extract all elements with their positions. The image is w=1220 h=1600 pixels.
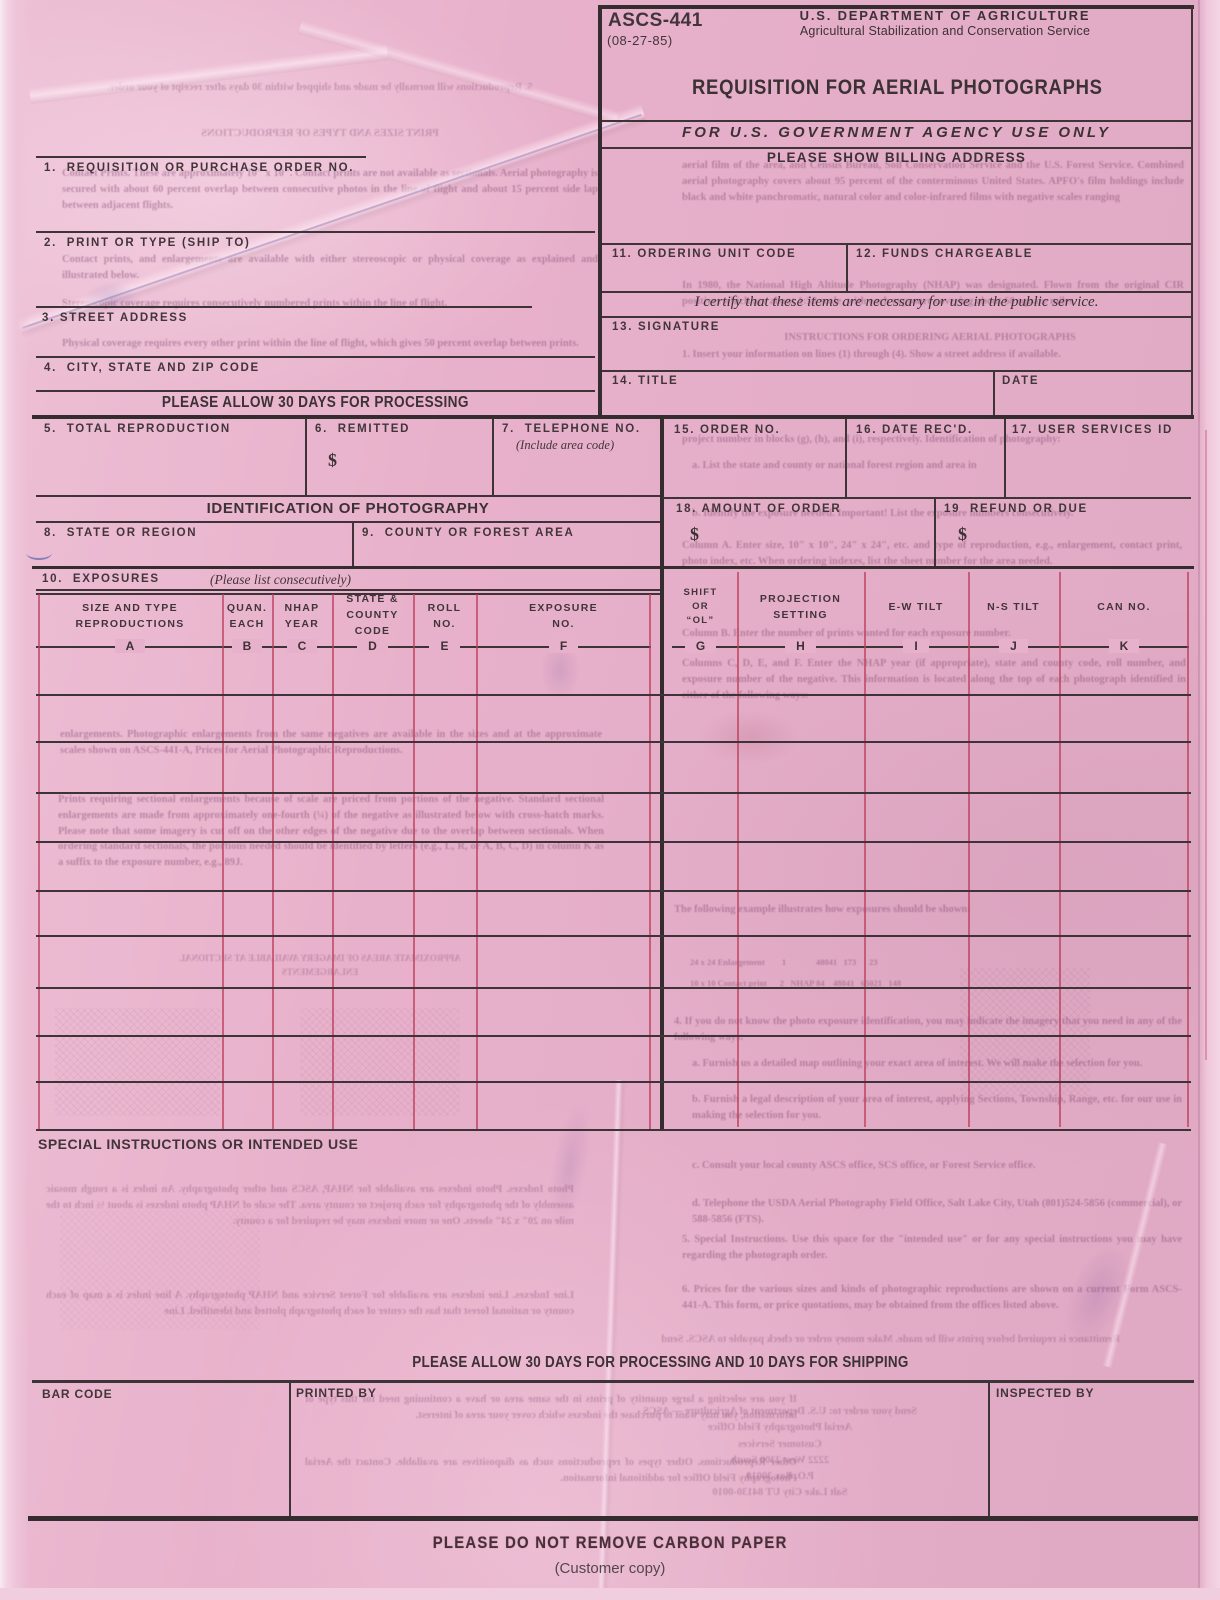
paper-stain [700, 710, 800, 765]
carbon-paper-warning: PLEASE DO NOT REMOVE CARBON PAPER [310, 1534, 910, 1553]
field-7-telephone: 7. TELEPHONE NO. [502, 423, 641, 435]
col-header-ew-tilt: E-W TILT [864, 582, 968, 634]
bleedthrough-text: 1. Insert your information on lines (1) … [682, 347, 1182, 363]
rule [36, 306, 532, 308]
bleedthrough-diagram [60, 1210, 260, 1330]
printed-by-box-label: PRINTED BY [296, 1386, 377, 1400]
table-red-line [222, 594, 224, 1130]
rule [602, 291, 1191, 293]
table-red-line [38, 594, 40, 1130]
bleedthrough-text: Send your order to: U.S. Department of A… [620, 1404, 940, 1502]
bleedthrough-text: Stereoscopic coverage requires consecuti… [62, 296, 598, 312]
divider-printed-inspected [988, 1380, 990, 1517]
bleedthrough-text: APPROXIMATE AREAS OF IMAGERY AVAILABLE A… [150, 952, 490, 979]
form-bottom-border [28, 1516, 1198, 1521]
field-18-amount-of-order: 18. AMOUNT OF ORDER [676, 503, 841, 515]
col-letter-j: J [968, 639, 1059, 653]
rule [602, 120, 1191, 122]
col-header-ns-tilt: N-S TILT [968, 582, 1059, 634]
box-border-left [598, 5, 602, 417]
special-instructions-heading: SPECIAL INSTRUCTIONS OR INTENDED USE [38, 1136, 358, 1152]
col-header-exposure-no: EXPOSURE NO. [476, 594, 651, 640]
bleedthrough-text: INSTRUCTIONS FOR ORDERING AERIAL PHOTOGR… [700, 330, 1160, 346]
copy-designation: (Customer copy) [310, 1560, 910, 1577]
center-divider [660, 415, 664, 1130]
bleedthrough-text: 5. Special Instructions. Use this space … [682, 1232, 1182, 1264]
bleedthrough-text: Physical coverage requires every other p… [62, 336, 598, 352]
col-header-can-no: CAN NO. [1059, 582, 1189, 634]
field-1-requisition-no: 1. REQUISITION OR PURCHASE ORDER NO. [44, 162, 354, 174]
bleedthrough-text: c. Consult your local county ASCS office… [692, 1158, 1182, 1174]
paper-crease [597, 1080, 627, 1590]
field-6-dollar-sign: $ [328, 450, 337, 471]
section-rule [32, 415, 1194, 419]
field-17-user-services-id: 17. USER SERVICES ID [1012, 424, 1173, 436]
col-header-nhap-year: NHAP YEAR [272, 594, 332, 640]
field-18-dollar-sign: $ [690, 524, 699, 545]
table-red-line [476, 594, 478, 1130]
rule [36, 521, 660, 523]
col-letter-i: I [864, 639, 968, 653]
field-4-city-state-zip: 4. CITY, STATE AND ZIP CODE [44, 362, 260, 374]
table-row-line [36, 1035, 1191, 1037]
table-row-line [36, 890, 1191, 892]
table-row-line [36, 987, 1191, 989]
identification-heading: IDENTIFICATION OF PHOTOGRAPHY [36, 500, 660, 517]
table-red-line [413, 594, 415, 1130]
col-letter-f: F [476, 639, 651, 653]
bleedthrough-text: 24 x 24 Enlargement 1 48041 173 23 [690, 956, 1180, 969]
rule [36, 156, 366, 158]
rule [36, 390, 595, 392]
table-red-line [1059, 572, 1061, 1127]
paper-edge-bottom [0, 1588, 1220, 1600]
table-red-line [864, 572, 866, 1127]
divider-5-6 [305, 419, 307, 496]
col-letter-c: C [272, 639, 332, 653]
table-row-line [36, 841, 1191, 843]
billing-address-heading: PLEASE SHOW BILLING ADDRESS [602, 150, 1191, 165]
ascs-441-form-scan: 5. Reproductions will normally be made a… [0, 0, 1220, 1600]
field-13-signature: 13. SIGNATURE [612, 321, 720, 333]
col-header-state-county-code: STATE & COUNTY CODE [332, 590, 413, 642]
col-letter-g: G [664, 639, 737, 653]
rule [36, 495, 660, 497]
field-7-area-code-note: (Include area code) [516, 438, 614, 453]
table-red-line [1187, 572, 1189, 1127]
field-12-funds-chargeable: 12. FUNDS CHARGEABLE [856, 248, 1033, 260]
divider-title-date [993, 370, 995, 417]
table-bottom-line [36, 1129, 1191, 1131]
department-name: U.S. DEPARTMENT OF AGRICULTURE [700, 8, 1190, 23]
divider-16-17 [1004, 419, 1006, 497]
col-letter-e: E [413, 639, 476, 653]
col-header-projection-setting: PROJECTION SETTING [737, 582, 864, 634]
field-6-remitted: 6. REMITTED [315, 423, 410, 435]
bleedthrough-text: Columns C, D, E, and F. Enter the NHAP y… [682, 656, 1186, 703]
bleedthrough-text: d. Telephone the USDA Aerial Photography… [692, 1196, 1182, 1228]
table-red-line [649, 594, 651, 1130]
table-red-line [332, 594, 334, 1130]
form-revision-date: (08-27-85) [607, 33, 673, 48]
bleedthrough-text: aerial film of the area, and Census Bure… [682, 158, 1184, 205]
bleedthrough-text: 4. If you do not know the photo exposure… [674, 1014, 1182, 1046]
bleedthrough-text: PRINT SIZES AND TYPES OF REPRODUCTIONS [150, 126, 490, 142]
section-rule [32, 566, 1194, 569]
bleedthrough-text: 5. Reproductions will normally be made a… [60, 80, 580, 96]
field-16-date-recd: 16. DATE REC'D. [856, 424, 973, 436]
form-title: REQUISITION FOR AERIAL PHOTOGRAPHS [604, 76, 1190, 100]
rule [602, 370, 1191, 372]
field-10-note: (Please list consecutively) [210, 572, 351, 588]
field-3-street-address: 3. STREET ADDRESS [42, 312, 188, 324]
rule [32, 1380, 1194, 1383]
col-letter-b: B [222, 639, 272, 653]
table-row-line [36, 741, 1191, 743]
rule [662, 497, 1191, 499]
bleedthrough-text: The following example illustrates how ex… [674, 902, 1182, 918]
barcode-box-label: BAR CODE [42, 1387, 112, 1401]
field-14-title: 14. TITLE [612, 375, 678, 387]
col-header-size-type: SIZE AND TYPE REPRODUCTIONS [40, 594, 220, 640]
bleedthrough-text: a. List the state and county or national… [692, 458, 1182, 474]
field-19-dollar-sign: $ [958, 524, 967, 545]
bleedthrough-text: b. Furnish a legal description of your a… [692, 1092, 1182, 1124]
col-header-shift-or-ol: SHIFT OR “OL” [664, 578, 737, 636]
table-red-line [968, 572, 970, 1127]
bleedthrough-text: Column A. Enter size, 10" x 10", 24" x 2… [682, 538, 1182, 570]
col-letter-k: K [1059, 639, 1189, 653]
inspected-by-box-label: INSPECTED BY [996, 1386, 1094, 1400]
processing-time-note: PLEASE ALLOW 30 DAYS FOR PROCESSING [36, 394, 595, 412]
rule [36, 231, 595, 233]
col-letter-h: H [737, 639, 864, 653]
table-row-line [36, 792, 1191, 794]
agency-name: Agricultural Stabilization and Conservat… [700, 24, 1190, 38]
bleedthrough-diagram [300, 1008, 460, 1116]
form-number: ASCS-441 [608, 10, 703, 32]
divider-11-12 [846, 243, 848, 291]
table-red-line [272, 594, 274, 1130]
bleedthrough-text: 6. Prices for the various sizes and kind… [682, 1282, 1182, 1314]
rule [36, 356, 595, 358]
col-header-quan-each: QUAN. EACH [222, 594, 272, 640]
box-border-right [1191, 5, 1193, 417]
divider-8-9 [352, 521, 354, 566]
divider-18-19 [934, 499, 936, 566]
page-edge-red-line [1205, 430, 1207, 1060]
col-letter-d: D [332, 639, 413, 653]
gov-use-only-note: FOR U.S. GOVERNMENT AGENCY USE ONLY [602, 124, 1191, 141]
field-5-total-reproduction: 5. TOTAL REPRODUCTION [44, 423, 231, 435]
field-8-state-or-region: 8. STATE OR REGION [44, 527, 197, 539]
field-10-exposures: 10. EXPOSURES [42, 573, 160, 585]
col-letter-a: A [40, 639, 220, 653]
paper-edge-left [0, 0, 30, 1600]
bleedthrough-text: a. Furnish us a detailed map outlining y… [692, 1056, 1182, 1072]
bleedthrough-text: Contact prints, and enlargements are ava… [62, 252, 598, 284]
table-row-line [36, 935, 1191, 937]
table-row-line [36, 694, 1191, 696]
divider-15-16 [845, 419, 847, 497]
bleedthrough-text: Prints requiring sectional enlargements … [58, 792, 604, 871]
paper-crease [298, 20, 619, 124]
divider-6-7 [492, 419, 494, 496]
bleedthrough-diagram [55, 1008, 220, 1116]
col-header-roll-no: ROLL NO. [413, 594, 476, 640]
field-11-ordering-unit-code: 11. ORDERING UNIT CODE [612, 248, 796, 260]
rule [602, 316, 1191, 318]
field-9-county-or-forest: 9. COUNTY OR FOREST AREA [362, 527, 574, 539]
field-2-ship-to: 2. PRINT OR TYPE (SHIP TO) [44, 237, 251, 249]
field-19-refund-or-due: 19 REFUND OR DUE [944, 503, 1088, 515]
rule [602, 147, 1191, 149]
divider-barcode-printed [289, 1380, 291, 1517]
paper-edge-right [1198, 0, 1220, 1600]
field-date: DATE [1002, 375, 1039, 387]
table-red-line [737, 572, 739, 1127]
shipping-time-note: PLEASE ALLOW 30 DAYS FOR PROCESSING AND … [240, 1354, 1080, 1372]
field-15-order-no: 15. ORDER NO. [674, 424, 780, 436]
rule [602, 243, 1191, 245]
table-row-line [36, 1081, 1191, 1083]
certification-statement: I certify that these items are necessary… [602, 294, 1191, 311]
bleedthrough-text: Remittance is required before prints wil… [660, 1332, 1120, 1348]
